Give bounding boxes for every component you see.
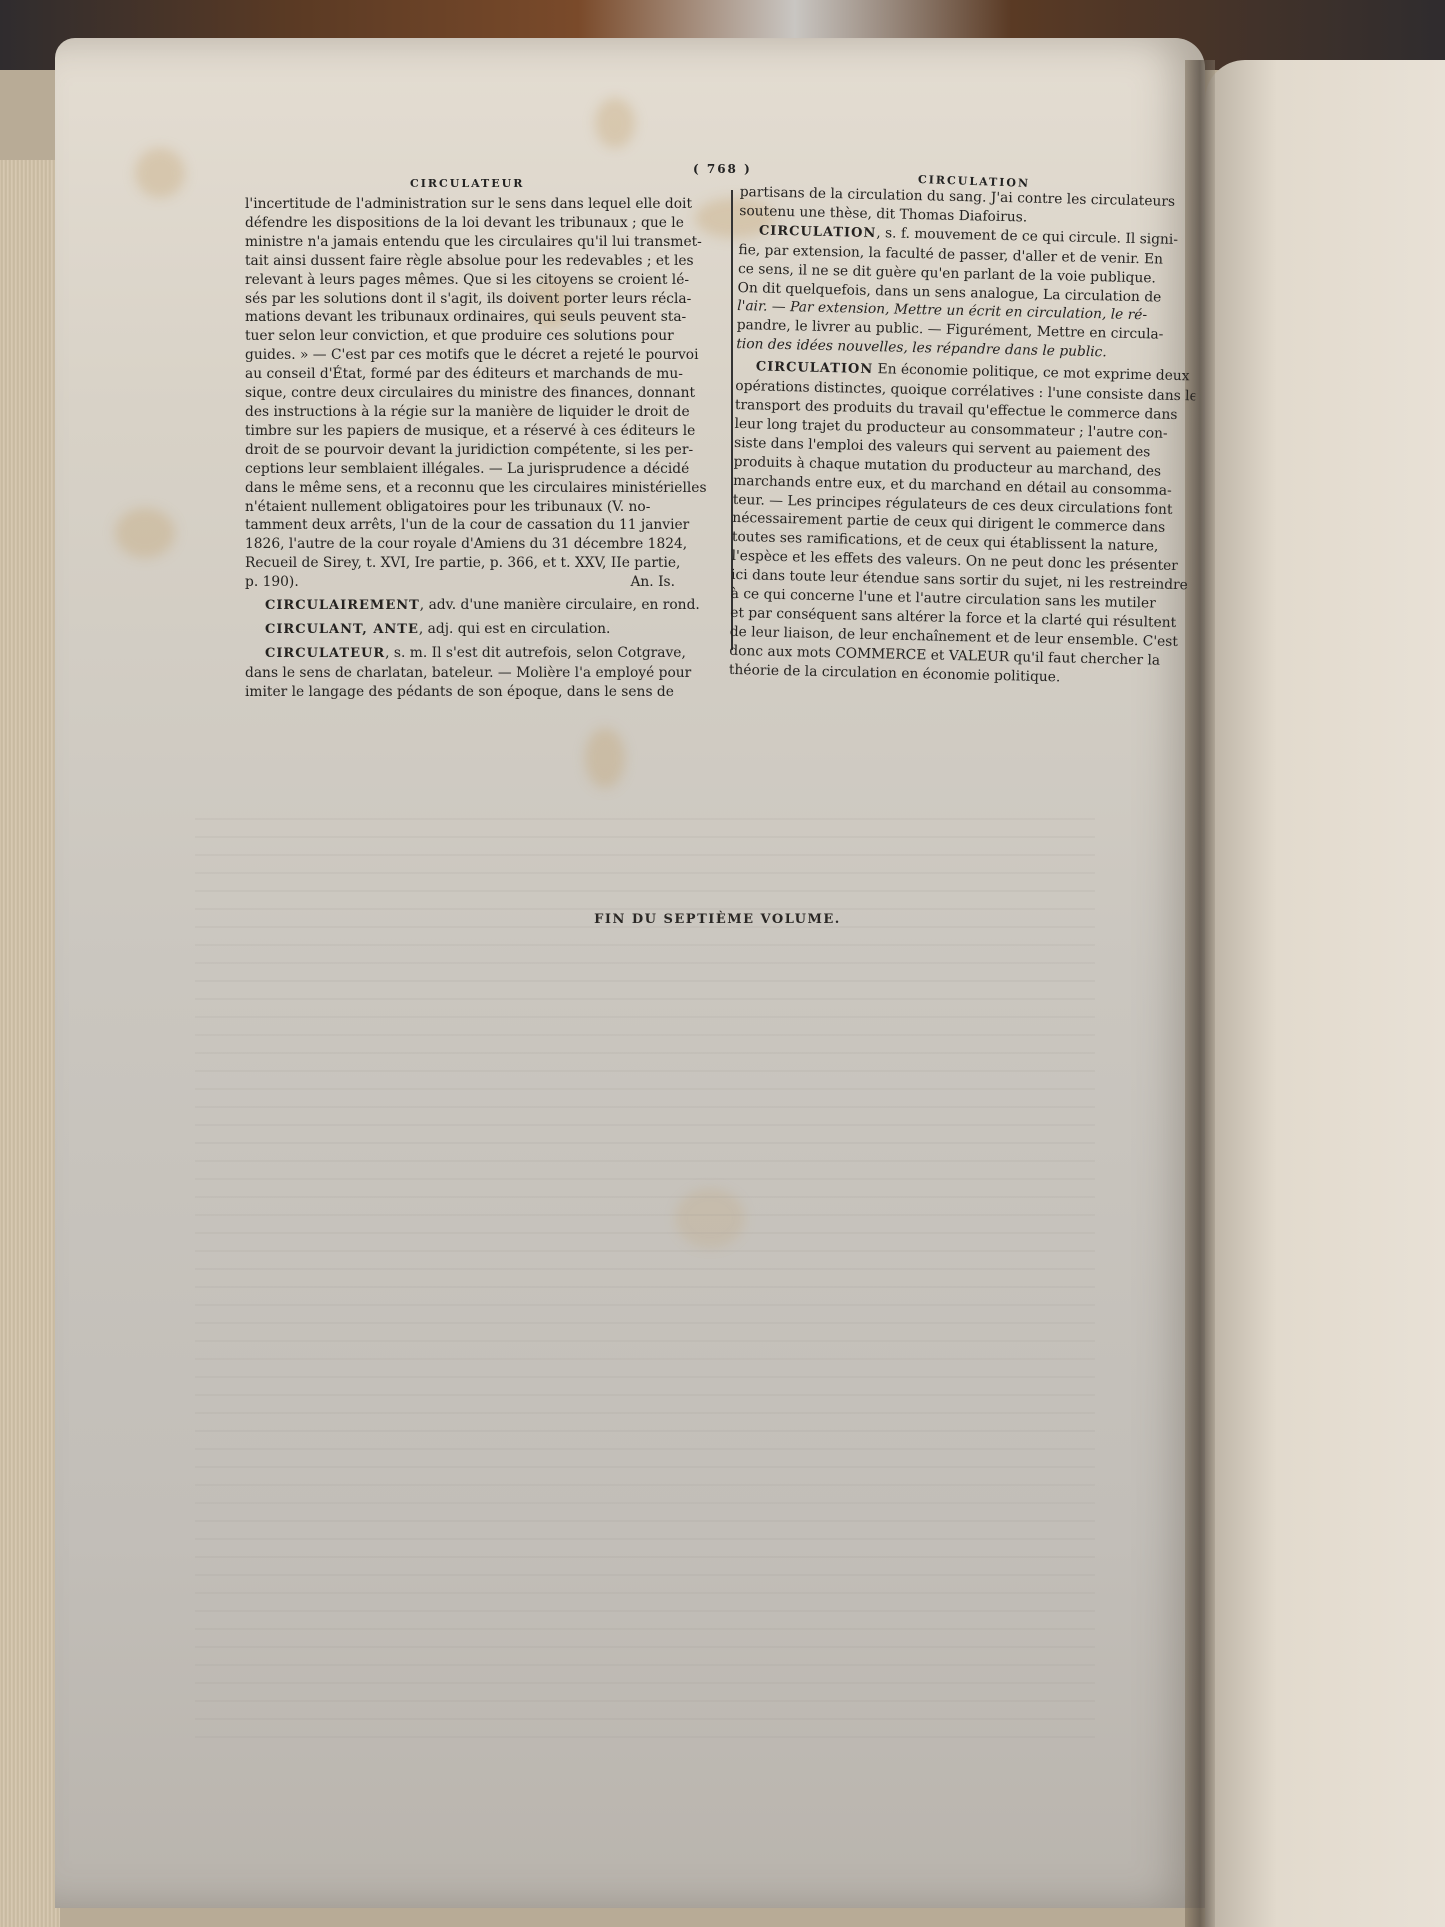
text-line: ceptions leur semblaient illégales. — La… <box>245 460 715 479</box>
dictionary-entry: CIRCULAIREMENT, adv. d'une manière circu… <box>245 596 715 616</box>
citation-page: p. 190). <box>245 574 299 590</box>
text-line: dans le sens de charlatan, bateleur. — M… <box>245 664 715 683</box>
text-line: au conseil d'État, formé par des éditeur… <box>245 365 715 384</box>
text-line: mations devant les tribunaux ordinaires,… <box>245 308 715 327</box>
left-column: l'incertitude de l'administration sur le… <box>245 195 715 702</box>
text-line: ministre n'a jamais entendu que les circ… <box>245 233 715 252</box>
running-head-left: CIRCULATEUR <box>410 177 524 190</box>
page-number: ( 768 ) <box>693 162 752 176</box>
text-line: p. 190). An. Is. <box>245 573 715 592</box>
definition: , s. m. Il s'est dit autrefois, selon Co… <box>385 645 686 661</box>
text-line: dans le même sens, et a reconnu que les … <box>245 479 715 498</box>
text-line: relevant à leurs pages mêmes. Que si les… <box>245 271 715 290</box>
text-line: Recueil de Sirey, t. XVI, Ire partie, p.… <box>245 554 715 573</box>
text-line: guides. » — C'est par ces motifs que le … <box>245 346 715 365</box>
text-line: n'étaient nullement obligatoires pour le… <box>245 498 715 517</box>
text-line: l'incertitude de l'administration sur le… <box>245 195 715 214</box>
headword: CIRCULAIREMENT <box>265 598 420 613</box>
text-line: des instructions à la régie sur la maniè… <box>245 403 715 422</box>
right-page <box>1205 60 1445 1927</box>
dictionary-entry: CIRCULATEUR, s. m. Il s'est dit autrefoi… <box>245 644 715 664</box>
dictionary-entry: CIRCULANT, ANTE, adj. qui est en circula… <box>245 620 715 640</box>
headword: CIRCULANT, ANTE <box>265 622 419 637</box>
text-line: tuer selon leur conviction, et que produ… <box>245 327 715 346</box>
text-line: sique, contre deux circulaires du minist… <box>245 384 715 403</box>
definition: , adj. qui est en circulation. <box>419 621 611 637</box>
closing-line: FIN DU SEPTIÈME VOLUME. <box>0 908 1445 927</box>
text-line: tait ainsi dussent faire règle absolue p… <box>245 252 715 271</box>
headword: CIRCULATION <box>756 360 874 378</box>
page-edges <box>0 160 60 1927</box>
definition: , adv. d'une manière circulaire, en rond… <box>420 597 700 613</box>
text-line: droit de se pourvoir devant la juridicti… <box>245 441 715 460</box>
right-column: partisans de la circulation du sang. J'a… <box>729 183 1200 690</box>
signature: An. Is. <box>630 573 675 592</box>
text-line: défendre les dispositions de la loi deva… <box>245 214 715 233</box>
end-of-volume-text: FIN DU SEPTIÈME VOLUME. <box>594 912 841 927</box>
headword: CIRCULATION <box>759 223 877 241</box>
text-line: tamment deux arrêts, l'un de la cour de … <box>245 516 715 535</box>
text-line: 1826, l'autre de la cour royale d'Amiens… <box>245 535 715 554</box>
headword: CIRCULATEUR <box>265 646 385 661</box>
text-line: imiter le langage des pédants de son épo… <box>245 683 715 702</box>
text-line: timbre sur les papiers de musique, et a … <box>245 422 715 441</box>
text-line: sés par les solutions dont il s'agit, il… <box>245 290 715 309</box>
